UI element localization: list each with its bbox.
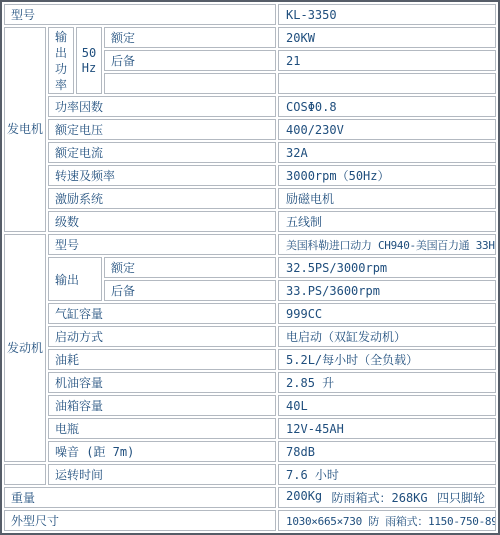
row-noise: 噪音 (距 7m) 78dB	[4, 441, 496, 462]
weight-base: 200Kg	[286, 489, 322, 506]
spec-value: 20KW	[278, 27, 496, 48]
spec-table: 型号 KL-3350 发电机 输出功率 50 Hz 额定 20KW 后备 21 …	[0, 0, 500, 535]
weight-canopy: 防雨箱式：268KG	[332, 489, 428, 506]
spec-label: 电瓶	[48, 418, 276, 439]
spec-label: 级数	[48, 211, 276, 232]
spec-value: 五线制	[278, 211, 496, 232]
row-excitation: 激励系统 励磁电机	[4, 188, 496, 209]
spec-label: 油箱容量	[48, 395, 276, 416]
spec-value: 电启动（双缸发动机）	[278, 326, 496, 347]
model-value: KL-3350	[278, 4, 496, 25]
row-engine-output-rated: 输出 额定 32.5PS/3000rpm	[4, 257, 496, 278]
spec-label: 气缸容量	[48, 303, 276, 324]
spec-label: 油耗	[48, 349, 276, 370]
spec-value: 33.PS/3600rpm	[278, 280, 496, 301]
spec-label: 型号	[48, 234, 276, 255]
spec-value: 40L	[278, 395, 496, 416]
spec-value: 999CC	[278, 303, 496, 324]
spec-value: 3000rpm（50Hz）	[278, 165, 496, 186]
row-speed-frequency: 转速及频率 3000rpm（50Hz）	[4, 165, 496, 186]
row-engine-model: 发动机 型号 美国科勒进口动力 CH940-美国百力通 33HP	[4, 234, 496, 255]
row-runtime: 运转时间 7.6 小时	[4, 464, 496, 485]
weight-parts: 200Kg 防雨箱式：268KG 四只脚轮	[286, 489, 495, 506]
spec-value: 32.5PS/3000rpm	[278, 257, 496, 278]
output-power-label: 输出功率	[55, 29, 68, 93]
frequency-label: 50 Hz	[76, 27, 102, 94]
row-power-factor: 功率因数 COSΦ0.8	[4, 96, 496, 117]
spec-label: 额定电压	[48, 119, 276, 140]
spec-value: 32A	[278, 142, 496, 163]
weight-wheels: 四只脚轮	[437, 489, 485, 506]
weight-label: 重量	[4, 487, 276, 508]
dimensions-value: 1030×665×730 防 雨箱式：1150-750-890	[278, 510, 496, 531]
spec-value: 励磁电机	[278, 188, 496, 209]
row-model: 型号 KL-3350	[4, 4, 496, 25]
spec-value: COSΦ0.8	[278, 96, 496, 117]
spec-label: 额定	[104, 27, 276, 48]
spec-value: 5.2L/每小时（全负载）	[278, 349, 496, 370]
engine-output-label: 输出	[48, 257, 102, 301]
row-dimensions: 外型尺寸 1030×665×730 防 雨箱式：1150-750-890	[4, 510, 496, 531]
spec-label: 运转时间	[48, 464, 276, 485]
model-label: 型号	[4, 4, 276, 25]
spec-label: 转速及频率	[48, 165, 276, 186]
spec-label: 激励系统	[48, 188, 276, 209]
dimensions-label: 外型尺寸	[4, 510, 276, 531]
spec-label: 机油容量	[48, 372, 276, 393]
row-battery: 电瓶 12V-45AH	[4, 418, 496, 439]
spec-label: 功率因数	[48, 96, 276, 117]
spec-value: 2.85 升	[278, 372, 496, 393]
spec-value: 12V-45AH	[278, 418, 496, 439]
spec-label	[104, 73, 276, 94]
spec-label: 启动方式	[48, 326, 276, 347]
generator-section-label: 发电机	[4, 27, 46, 232]
row-rated-current: 额定电流 32A	[4, 142, 496, 163]
row-poles: 级数 五线制	[4, 211, 496, 232]
engine-section-label: 发动机	[4, 234, 46, 462]
row-oil-capacity: 机油容量 2.85 升	[4, 372, 496, 393]
row-weight: 重量 200Kg 防雨箱式：268KG 四只脚轮	[4, 487, 496, 508]
spec-value: 美国科勒进口动力 CH940-美国百力通 33HP	[278, 234, 496, 255]
spec-value	[278, 73, 496, 94]
row-cylinder-capacity: 气缸容量 999CC	[4, 303, 496, 324]
empty-section-cell	[4, 464, 46, 485]
row-rated-voltage: 额定电压 400/230V	[4, 119, 496, 140]
spec-value: 21	[278, 50, 496, 71]
spec-label: 额定	[104, 257, 276, 278]
weight-value: 200Kg 防雨箱式：268KG 四只脚轮	[278, 487, 496, 508]
spec-label: 额定电流	[48, 142, 276, 163]
spec-value: 7.6 小时	[278, 464, 496, 485]
spec-label: 后备	[104, 50, 276, 71]
row-start-method: 启动方式 电启动（双缸发动机）	[4, 326, 496, 347]
row-gen-output-rated: 发电机 输出功率 50 Hz 额定 20KW	[4, 27, 496, 48]
spec-value: 78dB	[278, 441, 496, 462]
row-tank-capacity: 油箱容量 40L	[4, 395, 496, 416]
spec-label: 后备	[104, 280, 276, 301]
spec-value: 400/230V	[278, 119, 496, 140]
row-fuel-consumption: 油耗 5.2L/每小时（全负载）	[4, 349, 496, 370]
output-power-cell: 输出功率	[48, 27, 74, 94]
spec-label: 噪音 (距 7m)	[48, 441, 276, 462]
